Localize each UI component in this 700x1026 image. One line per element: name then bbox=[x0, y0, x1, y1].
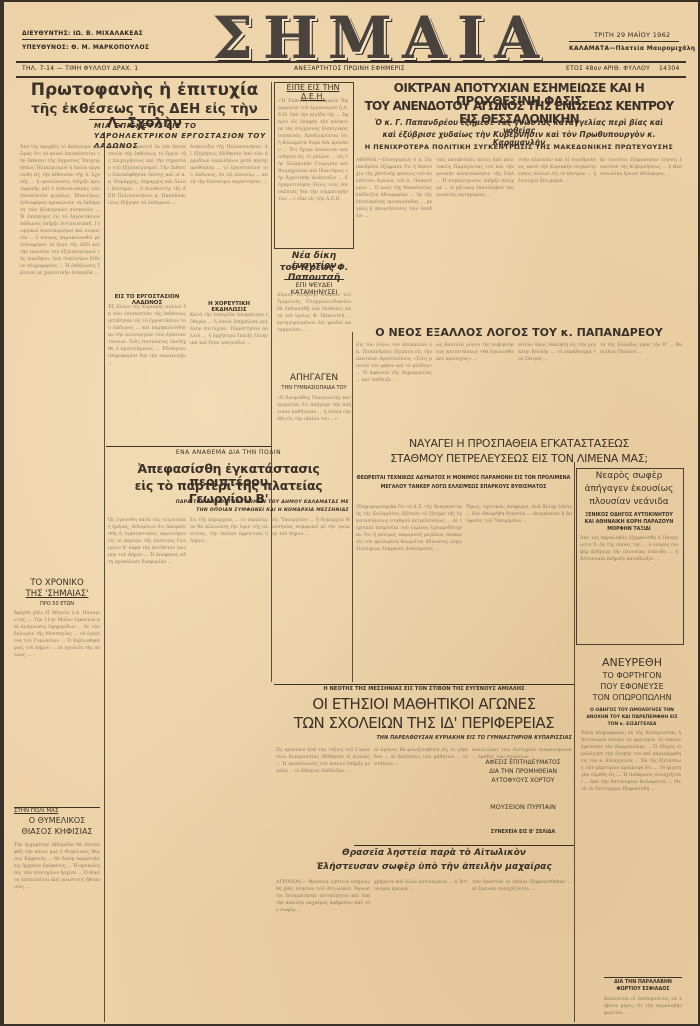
newspaper-page: ΔΙΕΥΘΥΝΤΗΣ: ΙΩ. Β. ΜΙΧΑΛΑΚΕΑΣ ΥΠΕΥΘΥΝΟΣ:… bbox=[4, 2, 698, 1024]
dei-body: ἀνάπτυξιν τῆς Πελοποννήσου. Αἱ ἐξηγήσεις… bbox=[190, 144, 268, 294]
dei-headline-1: Πρωτοφανὴς ἡ ἐπιτυχία bbox=[22, 82, 267, 100]
games-headline-1: ΟΙ ΕΤΗΣΙΟΙ ΜΑΘΗΤΙΚΟΙ ΑΓΩΝΕΣ bbox=[274, 696, 574, 713]
dei-body: Ἐξ ἄλλου τῆς Κυριακῆς πολλοὶ ἐκ τῶν ἐπισ… bbox=[108, 304, 186, 444]
apigagen-body: «Ὁ Ἀνεψιάδης Παναγιώτης κατηγορεῖται ὅτι… bbox=[277, 395, 351, 435]
free-passage-headline-1: ΑΦΕΣΙΣ ΕΠΙΤΗΔΕΥΜΑΤΟΣ bbox=[474, 760, 572, 767]
papandreou-headline: Ο ΝΕΟΣ ΕΞΑΛΛΟΣ ΛΟΓΟΣ ΤΟΥ κ. ΠΑΠΑΝΔΡΕΟΥ bbox=[354, 327, 684, 339]
dei-body: Κατὰ τὴν ἑσπερίδα ἐπεκράτησε εὐθυμία ...… bbox=[190, 312, 268, 442]
column-rule bbox=[574, 462, 575, 1022]
petroleum-headline-2: ΣΤΑΘΜΟΥ ΠΕΤΡΕΛΕΥΣΕΩΣ ΕΙΣ ΤΟΝ ΛΙΜΕΝΑ ΜΑΣ; bbox=[354, 453, 684, 465]
papandreou-body: Εἰς τὸν λόγον τον ἀπεκάλεσε ὁ κ. Παπανδρ… bbox=[356, 342, 432, 442]
truck-subhead: Ο ΟΔΗΓΟΣ ΤΟΥ ΩΜΟΛΟΓΗΣΕ ΤΗΝ ΑΝΟΧΗΝ ΤΟΥ ΚΑ… bbox=[581, 707, 683, 728]
petroleum-subhead: ΘΕΩΡΕΙΤΑΙ ΤΕΧΝΙΚΩΣ ΑΔΥΝΑΤΟΣ Η ΜΟΝΙΜΟΣ ΠΑ… bbox=[356, 474, 571, 492]
free-passage-headline-2: ΔΙΑ ΤΗΝ ΠΡΟΜΗΘΕΙΑΝ bbox=[474, 769, 572, 776]
dei-body: Ἀπὸ τῆς προχθὲς τὸ ἀπόγευμα τῆς ὥρας ὅτι… bbox=[20, 144, 100, 564]
games-headline-2: ΤΩΝ ΣΧΟΛΕΙΩΝ ΤΗΣ ΙΔ' ΠΕΡΙΦΕΡΕΙΑΣ bbox=[274, 715, 574, 732]
tagline: ΑΝΕΞΑΡΤΗΤΟΣ ΠΡΩΙΝΗ ΕΦΗΜΕΡΙΣ bbox=[294, 65, 405, 72]
year-issue: ΕΤΟΣ 48ον ΑΡΙΘ. ΦΥΛΛΟΥ bbox=[566, 65, 650, 72]
truck-headline-2: ΤΟ ΦΟΡΤΗΓΟΝ bbox=[579, 672, 685, 681]
thymelikos-body: Τὴν ἑρχομένην ἑβδομάδα θὰ ἐπισκεφθῇ τὴν … bbox=[14, 842, 100, 1017]
kiosk-kicker: ΕΝΑ ΑΝΑΘΕΜΑ ΔΙΑ ΤΗΝ ΠΟΛΙΝ bbox=[106, 450, 351, 457]
robbery-body: ΑΓΡΙΝΙΟΝ.— Θρασεῖα λῃστεία ἐσημειώθη χθὲ… bbox=[276, 879, 370, 1019]
dei-body: γνωρίζουν ἀρκετοὶ ἐκ τῶν ἐπισκεπτῶν τῆς … bbox=[108, 144, 186, 294]
thessaloniki-dateline: ΑΘΗΝΑΙ.— bbox=[356, 158, 382, 163]
kiosk-body: ἔτι τῆς Δημαρχίας ... τὸ περίπτερον θὰ ἀ… bbox=[190, 517, 268, 677]
games-kicker: Η ΝΕΟΤΗΣ ΤΗΣ ΜΕΣΣΗΝΙΑΣ ΕΙΣ ΤΟΝ ΣΤΙΒΟΝ ΤΗ… bbox=[274, 687, 574, 693]
kiosk-subhead: ΠΑΡΑ ΤΗΝ ΑΝΤΙΘΕΤΟΝ ΓΝΩΜΗΝ ΤΟΥ ΔΗΜΟΥ ΚΑΛΑ… bbox=[169, 499, 349, 515]
thymelikos-headline-1: Ο ΘΥΜΕΛΙΚΟΣ bbox=[12, 817, 102, 826]
ferry-headline-2: ΦΩΡΤΙΟΥ ΕΣΦΙΑΔΟΣ bbox=[602, 987, 684, 992]
apigagen-headline: ΑΠΗΓΑΓΕΝ bbox=[274, 374, 354, 384]
divider bbox=[569, 41, 679, 42]
robbery-headline-2: Ἐλήστευσαν σωφὲρ ὑπὸ τὴν ἀπειλὴν μαχαίρα… bbox=[294, 863, 574, 873]
thessaloniki-subhead: Η ΠΕΝΙΧΡΟΤΕΡΑ ΠΟΛΙΤΙΚΗ ΣΥΓΚΕΝΤΡΩΣΙΣ ΤΗΣ … bbox=[359, 144, 679, 151]
chauffeur-headline-1: Νεαρὸς σωφὲρ bbox=[578, 472, 680, 482]
chauffeur-body: Ἀπὸ τὰς παραλαβὰς ἐξηφανίσθη ἡ Παναγιώτα… bbox=[580, 535, 678, 640]
column-rule bbox=[104, 442, 105, 1022]
chronicle-subhead: ΠΡΟ 50 ΕΤΩΝ bbox=[12, 602, 102, 608]
phone-price: ΤΗΛ. 7-14 — ΤΙΜΗ ΦΥΛΛΟΥ ΔΡΑΧ. 1 bbox=[22, 65, 138, 72]
museum-headline: ΜΟΥΣΕΙΟΝ ΠΥΡΠΑΙΝ bbox=[474, 804, 572, 811]
divider bbox=[106, 446, 271, 447]
free-passage-headline-3: ΑΥΤΟΦΥΟΥΣ ΧΟΡΤΟΥ bbox=[474, 778, 572, 785]
column-rule bbox=[352, 332, 353, 682]
thymelikos-headline-2: ΘΙΑΣΟΣ ΚΗΦΙΣΙΑΣ bbox=[12, 828, 102, 837]
thessaloniki-body: στὴν πλατεῖαν καὶ οἱ συνεδριάσεις κατὰ τ… bbox=[518, 157, 596, 317]
column-rule bbox=[104, 132, 105, 442]
chauffeur-headline-3: πλουσίαν νεάνιδα bbox=[578, 498, 680, 508]
divider bbox=[274, 684, 574, 685]
petroleum-headline-1: ΝΑΥΑΓΕΙ Η ΠΡΟΣΠΑΘΕΙΑ ΕΓΚΑΤΑΣΤΑΣΕΩΣ bbox=[354, 438, 684, 450]
divider bbox=[284, 279, 344, 280]
chronicle-body: Ἀφίχθη χθὲς ἐξ Ἀθηνῶν ὁ κ. Παναγιώτης ..… bbox=[14, 610, 100, 770]
divider bbox=[22, 39, 132, 40]
thessaloniki-body: ἄν τοιοῦτοι ἐξεφώνησαν λόγους ἐναντίον τ… bbox=[600, 157, 682, 317]
petroleum-body: Πληροφορούμεθα ὅτι τὸ Δ.Σ. τῆς Ἀναγκαστι… bbox=[356, 504, 462, 674]
chauffeur-subhead: ΞΕΝΙΚΟΣ ΟΔΗΓΟΣ ΑΥΤΟΚΙΝΗΤΟΥ ΚΑΙ ΑΘΗΝΑΙΚΗ … bbox=[580, 512, 678, 533]
apigagen-subhead: ΤΗΝ ΓΥΜΝΑΣΙΟΠΑΙΔΑ ΤΟΥ bbox=[274, 386, 354, 392]
ferry-body: Καλοῦνται οἱ ἐπιθυμοῦντες νὰ λάβουν μέρο… bbox=[604, 996, 682, 1018]
divider bbox=[89, 119, 269, 120]
truck-headline-1: ΑΝΕΥΡΕΘΗ bbox=[579, 657, 685, 669]
truck-headline-3: ΠΟΥ ΕΦΟΝΕΥΣΕ bbox=[579, 683, 685, 692]
eipe-dei-body: «Ἡ Ἐκθεσις Ἠλεκτρικῶν Ἐφαρμογῶν τοῦ ὀργα… bbox=[278, 98, 348, 243]
papandreou-body: τὸ τῆς Ἑλλάδος πρὸς τὴν Β' ... Βασιλέως … bbox=[600, 342, 682, 422]
games-subhead: ΤΗΝ ΠΑΡΕΛΘΟΥΣΑΝ ΚΥΡΙΑΚΗΝ ΕΙΣ ΤΟ ΓΥΜΝΑΣΤΗ… bbox=[374, 736, 572, 741]
kiosk-body: Ὡς ἐγνώσθη κατὰ τὰς τελευταίας ἡμέρας, δ… bbox=[108, 517, 186, 677]
thessaloniki-body: ΑΘΗΝΑΙ.—Πανηγυρίως ὁ κ. Παπανδρέου ἐξέφρ… bbox=[356, 157, 432, 317]
director-line: ΔΙΕΥΘΥΝΤΗΣ: ΙΩ. Β. ΜΙΧΑΛΑΚΕΑΣ bbox=[22, 30, 143, 37]
issue-number: 14304 bbox=[659, 65, 680, 72]
masthead-rule bbox=[16, 61, 686, 63]
truck-headline-4: ΤΟΝ ΟΠΩΡΟΠΩΛΗΝ bbox=[579, 694, 685, 703]
chronicle-headline-1: ΤΟ ΧΡΟΝΙΚΟ bbox=[12, 579, 102, 588]
robbery-headline-1: Θρασεῖα ληστεία παρὰ τὸ Αἰτωλικὸν bbox=[294, 849, 574, 859]
papandreou-body: αὐτῶν ὅπως ἐκκλήση εἰς τὴν μεγάλην Βουλὴ… bbox=[518, 342, 596, 422]
robbery-body: τῶν δραστῶν οἱ ὁποῖοι ἐξηφανίσθησαν ... … bbox=[472, 879, 572, 1019]
chronicle-headline-2: ΤΗΣ 'ΣΗΜΑΙΑΣ' bbox=[12, 590, 102, 599]
kiosk-body: εἰς Ὑπουργεῖον ... ἡ Νομαρχία Μεσσηνίας … bbox=[272, 517, 350, 672]
thessaloniki-body: ταῖς καταβολαῖς αὐτὲς ἀπὸ πολιτικοὺς Παρ… bbox=[436, 157, 514, 317]
papoutsis-body: Αὔριον Τετάρτην ἐνώπιον τοῦ Τριμελοῦς Πλ… bbox=[277, 292, 351, 350]
divider bbox=[354, 845, 574, 846]
petroleum-body: Ὅμως, σχετικῶς ἀνέφερεν, ἀνὰ ἄλλην λύσιν… bbox=[466, 504, 572, 674]
thymelikos-kicker: ΣΤΗΝ ΠΟΛΙ ΜΑΣ bbox=[14, 808, 74, 814]
editor-line: ΥΠΕΥΘΥΝΟΣ: Θ. Μ. ΜΑΡΚΟΠΟΥΛΟΣ bbox=[22, 44, 149, 51]
truck-body: Κατὰ πληροφορίας ἐκ τῆς Κυπαρισσίας ἡ Ἀσ… bbox=[581, 730, 681, 960]
games-body: οἱ ἀγῶνες θὰ φιλοξενηθοῦν εἰς τὸ γήπεδον… bbox=[374, 747, 468, 847]
ferry-headline-1: ΔΙΑ ΤΗΝ ΠΑΡΑΛΑΒΗΝ bbox=[602, 980, 684, 985]
robbery-body: χρήματα καὶ ἄλλα ἀντικείμενα ... ἡ Ἀστυν… bbox=[374, 879, 468, 1019]
games-continued: ΣΥΝΕΧΕΙΑ ΕΙΣ Β' ΣΕΛΙΔΑ bbox=[474, 830, 572, 835]
divider bbox=[604, 977, 682, 978]
issue-date: ΤΡΙΤΗ 29 ΜΑΪΟΥ 1962 bbox=[594, 31, 670, 39]
papandreou-body: ὡς Βασιλέα μόνον τῆς κυβερνήσεως καταστά… bbox=[436, 342, 514, 422]
games-body: Ὡς προεῖπεν ἀνὰ τὰς τάξεις τοῦ Γυμνασίου… bbox=[276, 747, 370, 847]
masthead-rule bbox=[16, 76, 686, 78]
city-line: ΚΑΛΑΜΑΤΑ—Πλατεία Μαυρομιχάλη bbox=[569, 45, 695, 52]
chauffeur-headline-2: ἀπήγαγεν ἑκουσίως bbox=[578, 485, 680, 495]
